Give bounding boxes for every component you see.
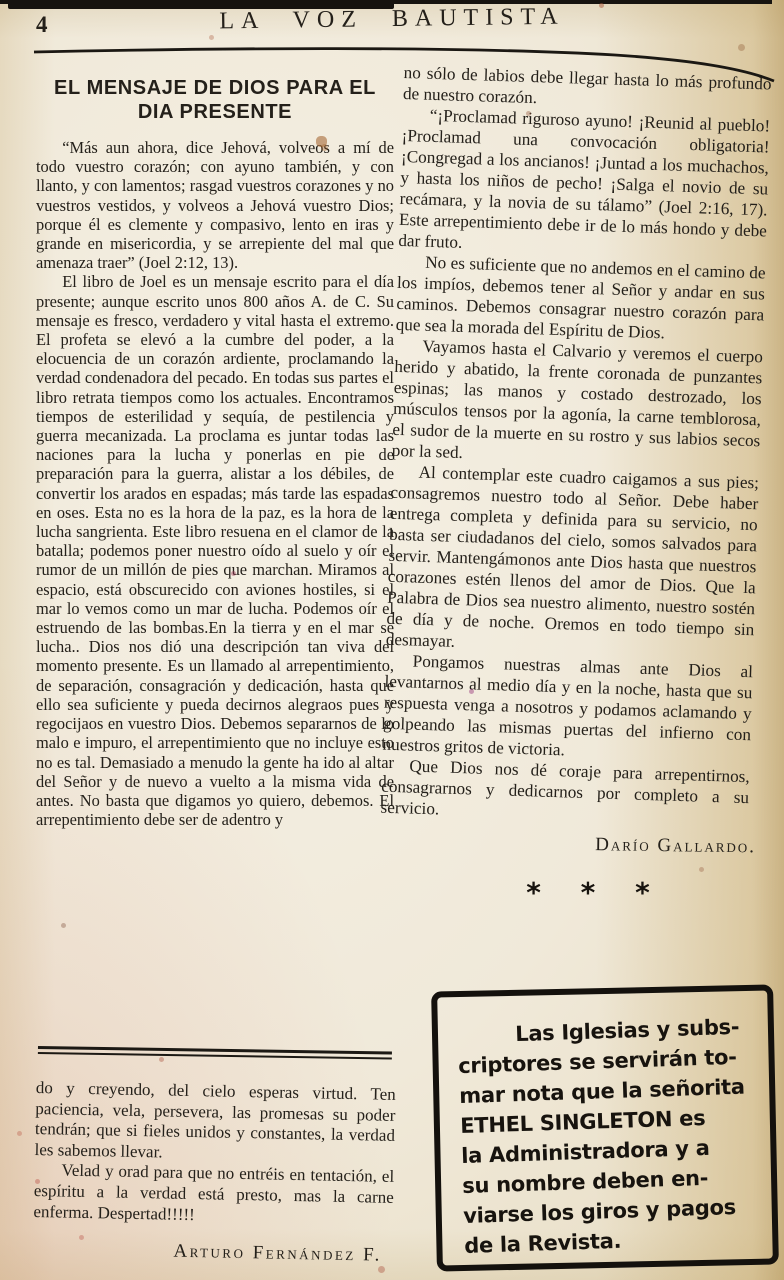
administrator-notice-box: Las Iglesias y subs- criptores se servir… <box>431 984 779 1271</box>
article-title-line2: DIA PRESENTE <box>138 101 292 123</box>
right-column-text: no sólo de labios debe llegar hasta lo m… <box>380 62 772 829</box>
article-paragraph: El libro de Joel es un mensaje escrito p… <box>36 272 394 829</box>
section-divider-rule <box>38 1046 392 1060</box>
right-column: no sólo de labios debe llegar hasta lo m… <box>404 62 772 909</box>
asterisk-divider: * * * <box>404 876 772 909</box>
article-paragraph: Que Dios nos dé coraje para arrepentirno… <box>380 755 750 830</box>
article-signature: Darío Gallardo. <box>404 831 772 858</box>
magazine-page: 4 LA VOZ BAUTISTA EL MENSAJE DE DIOS PAR… <box>0 0 784 1280</box>
article-paragraph: “¡Proclamad riguroso ayuno! ¡Reunid al p… <box>398 104 770 262</box>
left-column: EL MENSAJE DE DIOS PARA ELDIA PRESENTE “… <box>36 70 394 829</box>
article-paragraph: Al contemplar este cuadro caigamos a sus… <box>386 461 760 661</box>
article-paragraph: Vayamos hasta el Calvario y veremos el c… <box>391 335 763 472</box>
poem-paragraph: do y creyendo, del cielo esperas virtud.… <box>34 1078 396 1167</box>
article-title: EL MENSAJE DE DIOS PARA ELDIA PRESENTE <box>36 76 394 124</box>
article-title-line1: EL MENSAJE DE DIOS PARA EL <box>54 77 376 99</box>
article-paragraph: No es suficiente que no andemos en el ca… <box>395 251 765 347</box>
article-paragraph: “Más aun ahora, dice Jehová, volveos a m… <box>36 138 394 272</box>
poem-paragraph: Velad y orad para que no entréis en tent… <box>33 1160 394 1229</box>
article-paragraph: Pongamos nuestras almas ante Dios al lev… <box>382 650 753 767</box>
administrator-notice-text: Las Iglesias y subs- criptores se servir… <box>457 1011 759 1261</box>
poem-signature: Arturo Fernández F. <box>33 1238 393 1267</box>
poem-section: do y creyendo, del cielo esperas virtud.… <box>33 1078 396 1267</box>
